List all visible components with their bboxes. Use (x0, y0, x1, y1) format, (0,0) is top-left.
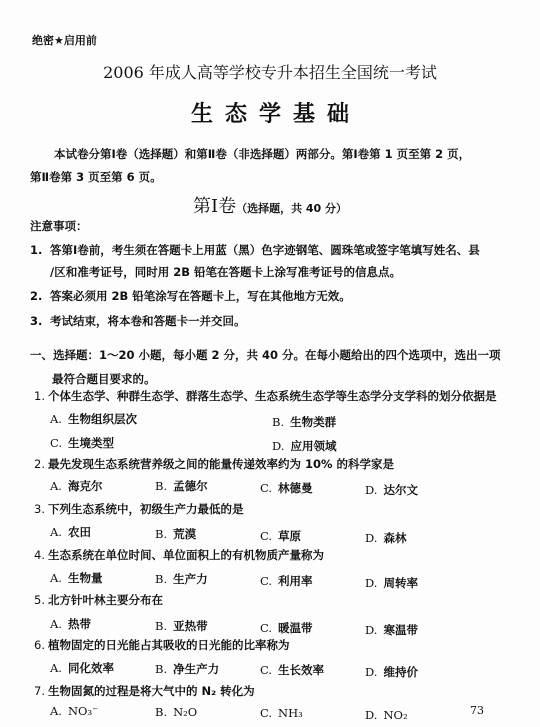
q6-option-b: B.净生产力 (155, 661, 219, 677)
notice-item-3: 3.考试结束，将本卷和答题卡一并交回。 (30, 313, 246, 329)
exam-title: 2006 年成人高等学校专升本招生全国统一考试 (0, 60, 540, 83)
notice-item-1-cont: /区和准考证号，同时用 2B 铅笔在答题卡上涂写准考证号的信息点。 (50, 264, 401, 280)
q4-option-a: A.生物量 (50, 570, 102, 586)
q4-option-d: D.周转率 (365, 575, 418, 591)
q6-option-a: A.同化效率 (50, 660, 114, 676)
q1-option-a: A.生物组织层次 (50, 411, 137, 427)
q3-option-d: D.森林 (365, 530, 406, 546)
q4-option-c: C.利用率 (260, 573, 313, 589)
notice-title: 注意事项： (30, 218, 88, 234)
q3-option-b: B.荒漠 (155, 526, 196, 542)
intro-paragraph: 本试卷分第Ⅰ卷（选择题）和第Ⅱ卷（非选择题）两部分。第Ⅰ卷第 1 页至第 2 页… (30, 143, 520, 189)
volume-title: 第Ⅰ卷 (193, 196, 236, 217)
question-4: 4.生态系统在单位时间、单位面积上的有机物质产量称为 (34, 547, 324, 563)
question-1: 1.个体生态学、种群生态学、群落生态学、生态系统生态学等生态学分支学科的划分依据… (34, 388, 497, 404)
page-number: 73 (470, 704, 484, 717)
intro-line-2: 第Ⅱ卷第 3 页至第 6 页。 (30, 166, 520, 189)
q2-option-b: B.孟德尔 (155, 478, 208, 494)
question-6: 6.植物固定的日光能占其吸收的日光能的比率称为 (34, 637, 290, 653)
volume-subtitle: （选择题，共 40 分） (236, 202, 347, 215)
subject-title: 生态学基础 (0, 97, 540, 128)
q7-option-d: D.NO₂ (365, 708, 408, 722)
q6-option-c: C.生长效率 (260, 662, 324, 678)
q6-option-d: D.维持价 (365, 664, 418, 680)
q5-option-c: C.暖温带 (260, 620, 313, 636)
q1-option-b: B.生物类群 (272, 414, 336, 430)
notice-item-2: 2.答案必须用 2B 铅笔涂写在答题卡上，写在其他地方无效。 (30, 288, 351, 304)
notice-item-1: 1.答第Ⅰ卷前，考生须在答题卡上用蓝（黑）色字迹钢笔、圆珠笔或签字笔填写姓名、县 (30, 242, 480, 258)
q4-option-b: B.生产力 (155, 571, 208, 587)
q2-option-c: C.林德曼 (260, 480, 313, 496)
volume-heading: 第Ⅰ卷（选择题，共 40 分） (0, 192, 540, 218)
question-7: 7.生物固氮的过程是将大气中的 N₂ 转化为 (34, 683, 255, 699)
q7-option-c: C.NH₃ (260, 706, 303, 720)
q3-option-c: C.草原 (260, 528, 301, 544)
question-5: 5.北方针叶林主要分布在 (34, 592, 163, 608)
q7-option-b: B.N₂O (155, 705, 197, 719)
exam-page: 绝密★启用前 2006 年成人高等学校专升本招生全国统一考试 生态学基础 本试卷… (0, 0, 540, 727)
question-3: 3.下列生态系统中，初级生产力最低的是 (34, 501, 244, 517)
q3-option-a: A.农田 (50, 524, 91, 540)
question-2: 2.最先发现生态系统营养级之间的能量传递效率约为 10% 的科学家是 (34, 456, 394, 472)
intro-line-1: 本试卷分第Ⅰ卷（选择题）和第Ⅱ卷（非选择题）两部分。第Ⅰ卷第 1 页至第 2 页… (30, 143, 520, 166)
q5-option-b: B.亚热带 (155, 618, 208, 634)
q5-option-d: D.寒温带 (365, 622, 418, 638)
q2-option-a: A.海克尔 (50, 478, 102, 494)
q2-option-d: D.达尔文 (365, 482, 418, 498)
q7-option-a: A.NO₃⁻ (50, 704, 98, 718)
section-heading-cont: 最符合题目要求的。 (52, 371, 156, 387)
classification-label: 绝密★启用前 (32, 32, 97, 48)
q1-option-d: D.应用领域 (272, 438, 336, 454)
q1-option-c: C.生境类型 (50, 435, 114, 451)
q5-option-a: A.热带 (50, 616, 91, 632)
section-heading: 一、选择题：1～20 小题，每小题 2 分，共 40 分。在每小题给出的四个选项… (30, 347, 501, 363)
